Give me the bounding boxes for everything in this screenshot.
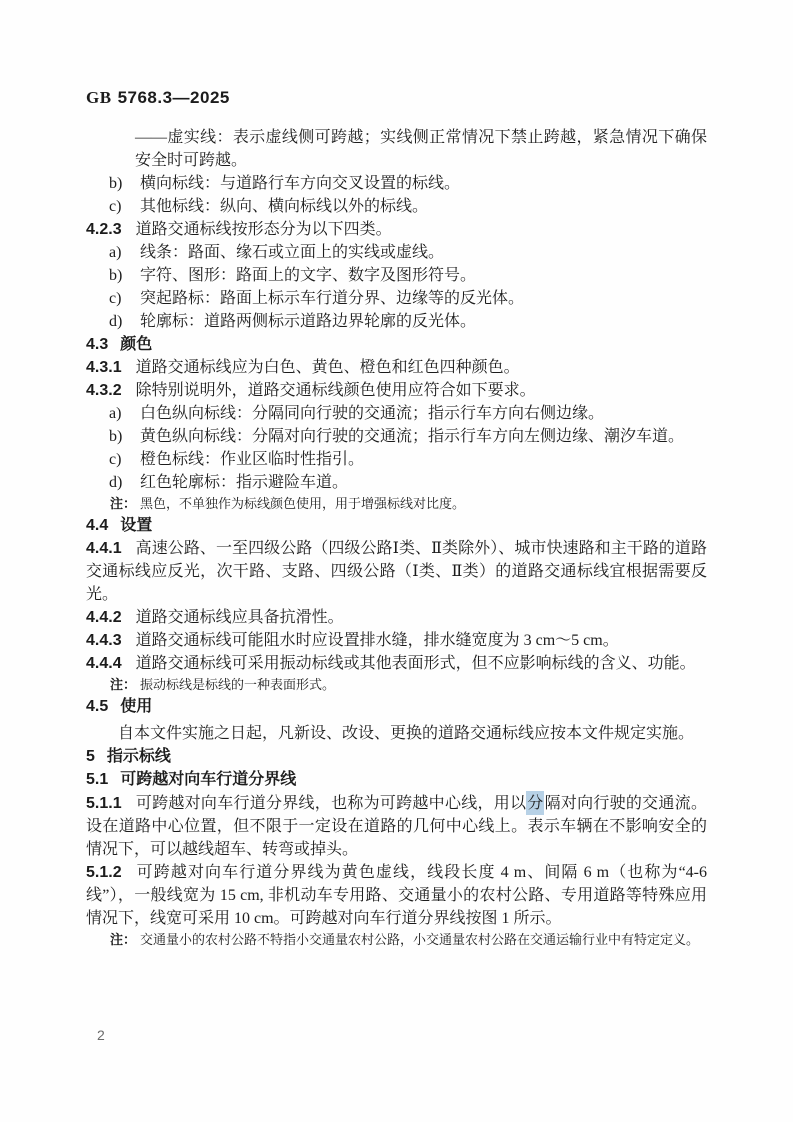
- clause-text: 道路交通标线应具备抗滑性。: [136, 609, 344, 626]
- clause-4-4-4: 4.4.4道路交通标线可采用振动标线或其他表面形式，但不应影响标线的含义、功能。: [86, 652, 707, 675]
- heading-title: 可跨越对向车行道分界线: [120, 771, 296, 788]
- list-item-432-b: b) 黄色纵向标线：分隔对向行驶的交通流；指示行车方向左侧边缘、潮汐车道。: [86, 425, 707, 448]
- clause-number: 5.1.2: [86, 864, 122, 881]
- list-item-c-qita: c) 其他标线：纵向、横向标线以外的标线。: [86, 195, 707, 218]
- list-marker: a): [109, 402, 140, 425]
- clause-text: 可跨越对向车行道分界线，也称为可跨越中心线，用以: [136, 795, 527, 812]
- note-label: 注：: [110, 496, 136, 511]
- standard-number-header: GB5768.3—2025: [86, 88, 230, 108]
- note-text: 交通量小的农村公路不特指小交通量农村公路，小交通量农村公路在交通运输行业中有特定…: [140, 932, 699, 947]
- heading-title: 颜色: [120, 336, 152, 353]
- heading-title: 指示标线: [107, 748, 171, 765]
- page-content: ——虚实线：表示虚线侧可跨越；实线侧正常情况下禁止跨越，紧急情况下确保安全时可跨…: [86, 126, 707, 950]
- list-item-text: 白色纵向标线：分隔同向行驶的交通流；指示行车方向右侧边缘。: [140, 402, 707, 425]
- list-item-432-a: a) 白色纵向标线：分隔同向行驶的交通流；指示行车方向右侧边缘。: [86, 402, 707, 425]
- list-item-423-c: c) 突起路标：路面上标示车行道分界、边缘等的反光体。: [86, 287, 707, 310]
- heading-title: 设置: [120, 517, 152, 534]
- note-4-4: 注：振动标线是标线的一种表面形式。: [86, 675, 707, 695]
- list-item-423-a: a) 线条：路面、缘石或立面上的实线或虚线。: [86, 241, 707, 264]
- list-marker: d): [109, 471, 140, 494]
- list-marker: c): [109, 195, 140, 218]
- standard-prefix: GB: [86, 88, 112, 107]
- clause-text: 道路交通标线按形态分为以下四类。: [136, 221, 392, 238]
- clause-number: 4.4.1: [86, 540, 122, 557]
- note-5-1: 注：交通量小的农村公路不特指小交通量农村公路，小交通量农村公路在交通运输行业中有…: [86, 930, 707, 950]
- clause-number: 4.4.2: [86, 609, 122, 626]
- section-heading-4-5: 4.5使用: [86, 695, 707, 718]
- clause-text: 除特别说明外，道路交通标线颜色使用应符合如下要求。: [136, 382, 536, 399]
- document-page: GB5768.3—2025 ——虚实线：表示虚线侧可跨越；实线侧正常情况下禁止跨…: [0, 0, 793, 1122]
- note-label: 注：: [110, 677, 136, 692]
- heading-number: 4.3: [86, 336, 108, 353]
- list-item-423-b: b) 字符、图形：路面上的文字、数字及图形符号。: [86, 264, 707, 287]
- heading-number: 4.5: [86, 698, 108, 715]
- note-text: 黑色，不单独作为标线颜色使用，用于增强标线对比度。: [140, 496, 465, 511]
- list-item-432-c: c) 橙色标线：作业区临时性指引。: [86, 448, 707, 471]
- clause-text: 可跨越对向车行道分界线为黄色虚线，线段长度 4 m、间隔 6 m（也称为“4-6…: [86, 864, 707, 927]
- list-marker: b): [109, 425, 140, 448]
- chapter-heading-5: 5指示标线: [86, 745, 707, 768]
- highlight-mark: 分: [526, 791, 544, 815]
- list-item-text: 突起路标：路面上标示车行道分界、边缘等的反光体。: [140, 287, 707, 310]
- list-marker: d): [109, 310, 140, 333]
- clause-4-4-1: 4.4.1高速公路、一至四级公路（四级公路Ⅰ类、Ⅱ类除外）、城市快速路和主干路的…: [86, 537, 707, 606]
- clause-4-3-2: 4.3.2除特别说明外，道路交通标线颜色使用应符合如下要求。: [86, 379, 707, 402]
- clause-number: 4.3.2: [86, 382, 122, 399]
- clause-number: 5.1.1: [86, 795, 122, 812]
- clause-4-3-1: 4.3.1道路交通标线应为白色、黄色、橙色和红色四种颜色。: [86, 356, 707, 379]
- clause-4-4-2: 4.4.2道路交通标线应具备抗滑性。: [86, 606, 707, 629]
- section-heading-5-1: 5.1可跨越对向车行道分界线: [86, 768, 707, 791]
- clause-number: 4.3.1: [86, 359, 122, 376]
- note-4-3: 注：黑色，不单独作为标线颜色使用，用于增强标线对比度。: [86, 494, 707, 514]
- list-item-423-d: d) 轮廓标：道路两侧标示道路边界轮廓的反光体。: [86, 310, 707, 333]
- heading-title: 使用: [120, 698, 152, 715]
- list-item-text: 其他标线：纵向、横向标线以外的标线。: [140, 195, 707, 218]
- clause-5-1-1: 5.1.1可跨越对向车行道分界线，也称为可跨越中心线，用以分隔对向行驶的交通流。…: [86, 791, 707, 861]
- clause-text: 道路交通标线可采用振动标线或其他表面形式，但不应影响标线的含义、功能。: [136, 655, 696, 672]
- clause-text: 高速公路、一至四级公路（四级公路Ⅰ类、Ⅱ类除外）、城市快速路和主干路的道路交通标…: [86, 540, 707, 603]
- section-heading-4-4: 4.4设置: [86, 514, 707, 537]
- list-item-text: 轮廓标：道路两侧标示道路边界轮廓的反光体。: [140, 310, 707, 333]
- list-item-text: 黄色纵向标线：分隔对向行驶的交通流；指示行车方向左侧边缘、潮汐车道。: [140, 425, 707, 448]
- clause-4-4-3: 4.4.3道路交通标线可能阻水时应设置排水缝，排水缝宽度为 3 cm～5 cm。: [86, 629, 707, 652]
- page-number: 2: [97, 1027, 105, 1043]
- list-item-text: 字符、图形：路面上的文字、数字及图形符号。: [140, 264, 707, 287]
- clause-text: 道路交通标线应为白色、黄色、橙色和红色四种颜色。: [136, 359, 520, 376]
- clause-4-2-3: 4.2.3道路交通标线按形态分为以下四类。: [86, 218, 707, 241]
- section-heading-4-3: 4.3颜色: [86, 333, 707, 356]
- note-label: 注：: [110, 932, 136, 947]
- list-item-text: 线条：路面、缘石或立面上的实线或虚线。: [140, 241, 707, 264]
- clause-5-1-2: 5.1.2可跨越对向车行道分界线为黄色虚线，线段长度 4 m、间隔 6 m（也称…: [86, 861, 707, 930]
- list-marker: a): [109, 241, 140, 264]
- dash-item-xushixian: ——虚实线：表示虚线侧可跨越；实线侧正常情况下禁止跨越，紧急情况下确保安全时可跨…: [86, 126, 707, 172]
- list-item-b-hengxiang: b) 横向标线：与道路行车方向交叉设置的标线。: [86, 172, 707, 195]
- list-marker: b): [109, 172, 140, 195]
- clause-number: 4.4.3: [86, 632, 122, 649]
- clause-number: 4.4.4: [86, 655, 122, 672]
- heading-number: 5.1: [86, 771, 108, 788]
- list-item-text: 横向标线：与道路行车方向交叉设置的标线。: [140, 172, 707, 195]
- list-marker: b): [109, 264, 140, 287]
- standard-code: 5768.3—2025: [118, 88, 230, 107]
- list-item-432-d: d) 红色轮廓标：指示避险车道。: [86, 471, 707, 494]
- clause-text: 道路交通标线可能阻水时应设置排水缝，排水缝宽度为 3 cm～5 cm。: [136, 632, 619, 649]
- note-text: 振动标线是标线的一种表面形式。: [140, 677, 335, 692]
- list-item-text: 红色轮廓标：指示避险车道。: [140, 471, 707, 494]
- heading-number: 4.4: [86, 517, 108, 534]
- paragraph-4-5: 自本文件实施之日起，凡新设、改设、更换的道路交通标线应按本文件规定实施。: [86, 722, 707, 745]
- heading-number: 5: [86, 748, 95, 765]
- list-marker: c): [109, 287, 140, 310]
- clause-number: 4.2.3: [86, 221, 122, 238]
- list-marker: c): [109, 448, 140, 471]
- list-item-text: 橙色标线：作业区临时性指引。: [140, 448, 707, 471]
